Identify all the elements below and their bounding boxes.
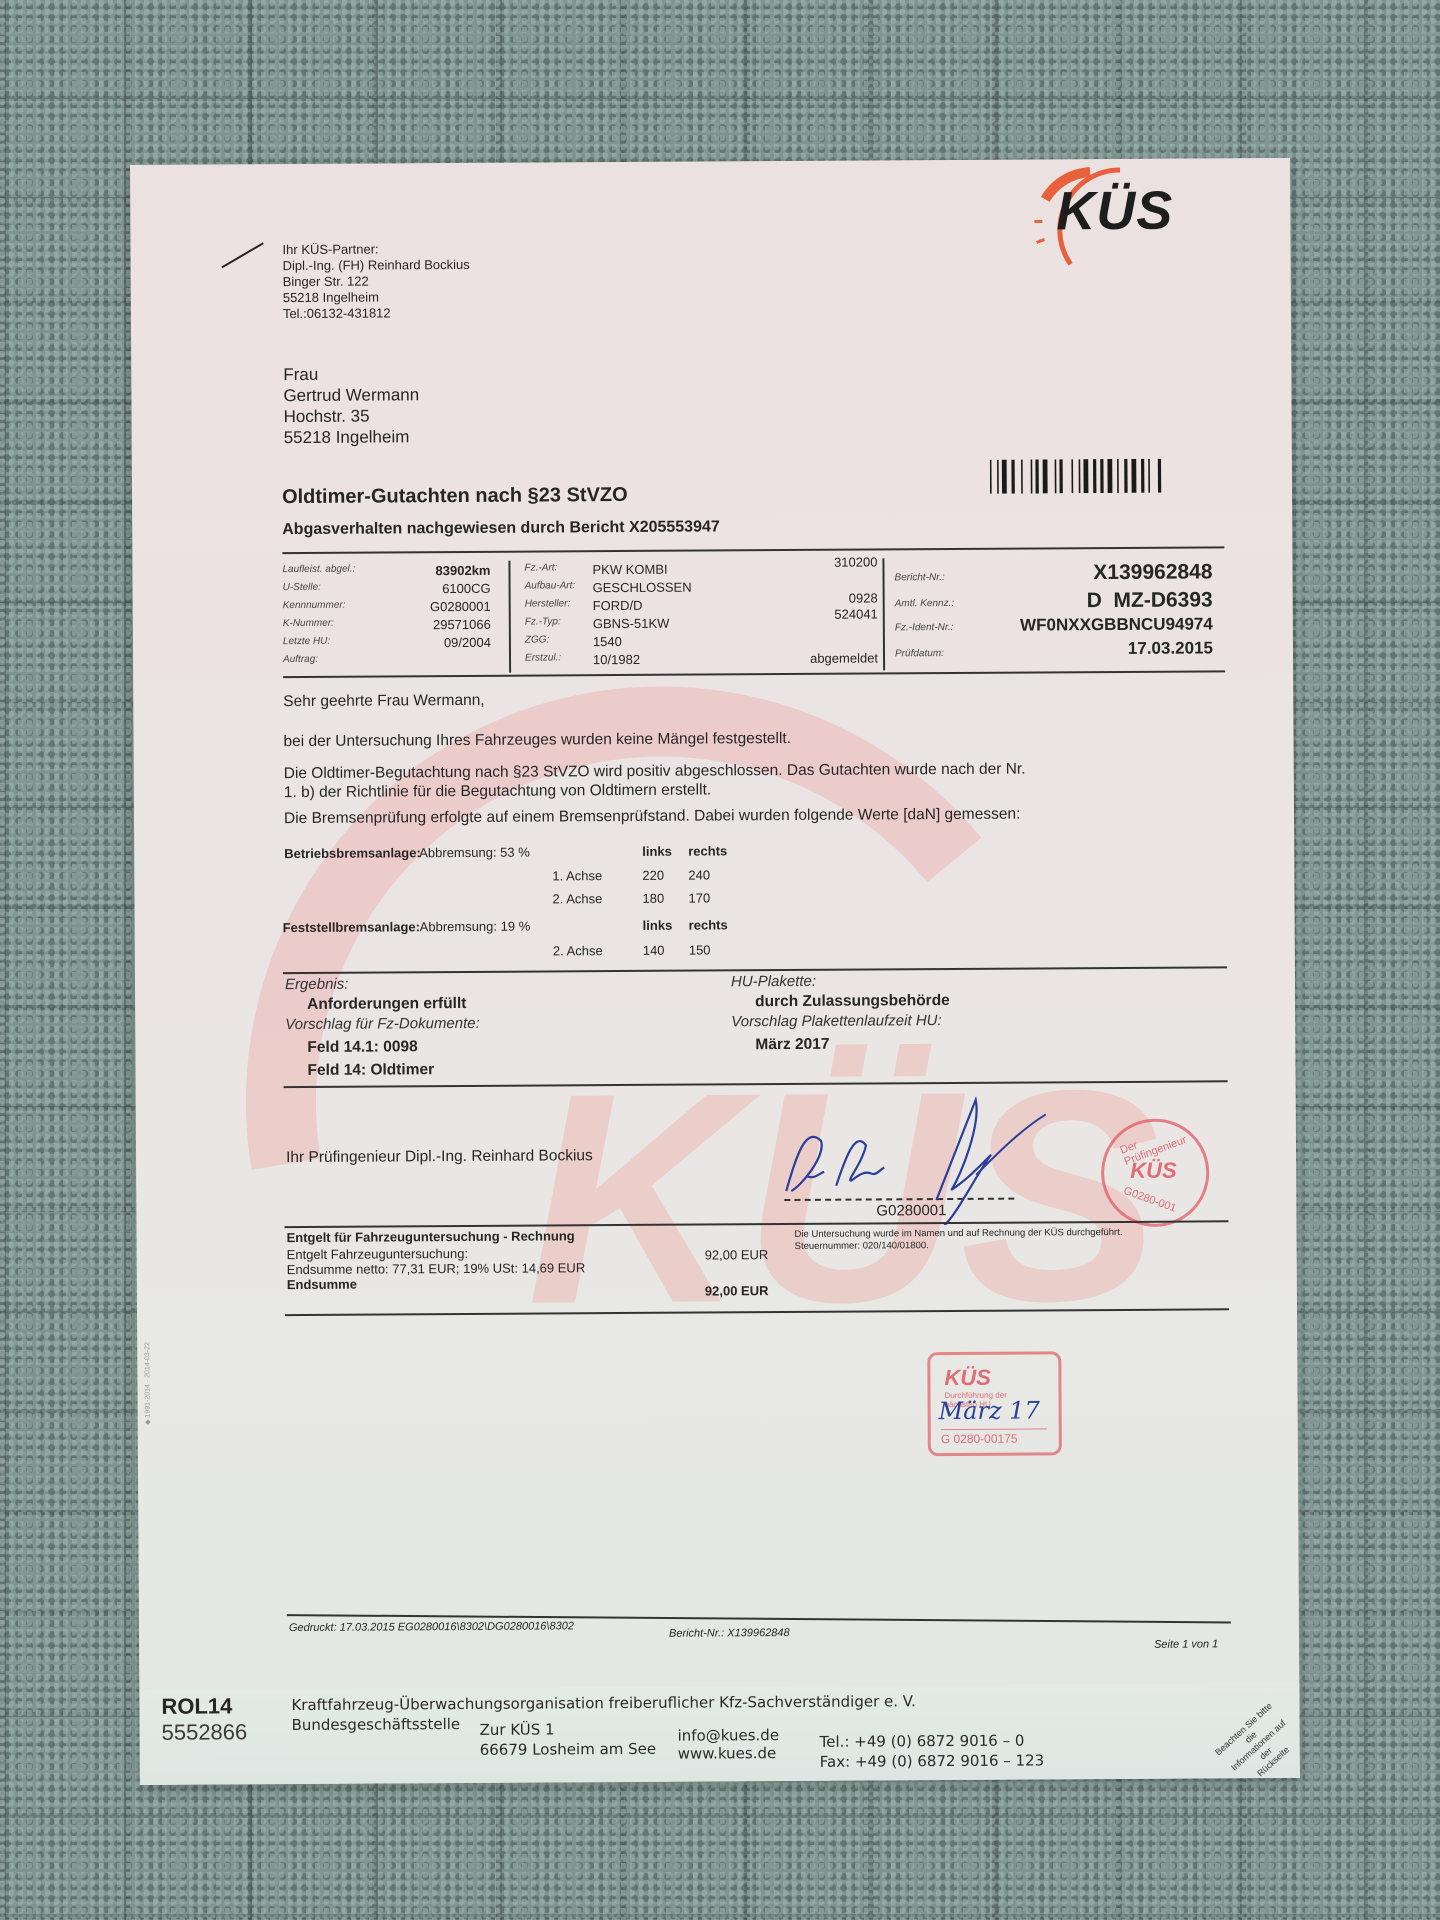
- inspector-round-stamp: Der Prüfingenieur KÜS G0280-001: [1101, 1118, 1210, 1227]
- invoice-line-value: 92,00 EUR: [705, 1247, 769, 1262]
- recipient-address: Frau Gertrud Wermann Hochstr. 35 55218 I…: [283, 363, 419, 448]
- print-info: Gedruckt: 17.03.2015 EG0280016\8302\DG02…: [289, 1620, 574, 1634]
- ergebnis-value: Anforderungen erfüllt: [307, 995, 466, 1014]
- field-label: Amtl. Kennz.:: [895, 598, 955, 609]
- office-label: Bundesgeschäftsstelle: [291, 1715, 460, 1734]
- sender-line: Ihr KÜS-Partner:: [282, 241, 469, 258]
- plakette-value: durch Zulassungsbehörde: [755, 992, 950, 1011]
- sender-line: Tel.:06132-431812: [283, 305, 470, 322]
- column-header: links: [643, 918, 673, 933]
- sender-line: Binger Str. 122: [283, 273, 470, 290]
- recipient-line: Frau: [283, 363, 419, 385]
- phone-number: Tel.: +49 (0) 6872 9016 – 0: [820, 1732, 1025, 1751]
- field-label: Fz.-Ident-Nr.:: [895, 622, 954, 633]
- fax-number: Fax: +49 (0) 6872 9016 – 123: [820, 1751, 1044, 1770]
- axle-label: 1. Achse: [552, 868, 602, 883]
- invoice-total-label: Endsumme: [287, 1277, 357, 1292]
- form-number: 5552866: [161, 1719, 247, 1746]
- letter-paragraph: 1. b) der Richtlinie für die Begutachtun…: [284, 780, 711, 802]
- field-value: D MZ-D6393: [1087, 588, 1213, 613]
- invoice-heading: Entgelt für Fahrzeuguntersuchung - Rechn…: [287, 1228, 575, 1245]
- brake-value: 150: [689, 942, 711, 957]
- hu-plakette-stamp: KÜS Durchführung der nächsten HU März 17…: [927, 1351, 1062, 1456]
- column-header: links: [642, 844, 672, 859]
- divider: [282, 546, 1224, 554]
- form-code: ◆ 1991-2014 · 2014-03-22: [143, 1342, 152, 1425]
- invoice-net-line: Endsumme netto: 77,31 EUR; 19% USt: 14,6…: [287, 1260, 586, 1277]
- axle-label: 2. Achse: [552, 891, 602, 906]
- brake-value: 170: [688, 890, 710, 905]
- divider: [285, 1308, 1229, 1316]
- feld-14-value: Feld 14: Oldtimer: [307, 1061, 434, 1080]
- letter-paragraph: Die Bremsenprüfung erfolgte auf einem Br…: [284, 805, 1020, 828]
- brake-value: 180: [642, 891, 664, 906]
- salutation: Sehr geehrte Frau Wermann,: [283, 691, 484, 711]
- organization-name: Kraftfahrzeug-Überwachungsorganisation f…: [291, 1692, 916, 1714]
- letter-paragraph: Die Oldtimer-Begutachtung nach §23 StVZO…: [284, 760, 1026, 784]
- stamp-logo: KÜS: [944, 1365, 991, 1391]
- column-header: rechts: [688, 843, 727, 858]
- office-street: Zur KÜS 1: [480, 1720, 555, 1738]
- letter-paragraph: bei der Untersuchung Ihres Fahrzeuges wu…: [283, 729, 791, 751]
- report-number-footer: Bericht-Nr.: X139962848: [669, 1627, 790, 1640]
- recipient-line: Hochstr. 35: [283, 405, 419, 427]
- kues-logo: KÜS: [1010, 158, 1201, 275]
- email-link[interactable]: info@kues.de: [678, 1726, 780, 1745]
- brake-value: 240: [688, 867, 710, 882]
- field-label: Bericht-Nr.:: [895, 572, 945, 583]
- vehicle-info-grid: Laufleist. abgel.: 83902km U-Stelle: 610…: [282, 556, 1223, 672]
- barcode-icon: [990, 458, 1208, 493]
- field-value: X139962848: [1093, 560, 1212, 585]
- invoice-line-label: Entgelt Fahrzeuguntersuchung:: [287, 1246, 468, 1262]
- info-row-kennzeichen: Amtl. Kennz.: D MZ-D6393: [283, 588, 1223, 616]
- info-row-fz-ident-nr: Fz.-Ident-Nr.: WF0NXXGBBNCU94974: [283, 614, 1223, 642]
- ergebnis-label: Ergebnis:: [285, 976, 348, 993]
- feld-14-1-value: Feld 14.1: 0098: [307, 1038, 417, 1057]
- column-header: rechts: [689, 917, 728, 932]
- handwritten-date: März 17: [939, 1396, 1040, 1425]
- info-row-pruefdatum: Prüfdatum: 17.03.2015: [283, 638, 1223, 666]
- plakette-label: HU-Plakette:: [731, 973, 816, 991]
- inspection-report-paper: KÜS KÜS Ihr KÜS-Partner: Dipl.-Ing. (FH)…: [130, 158, 1300, 1785]
- field-value: WF0NXXGBBNCU94974: [1020, 614, 1213, 635]
- recipient-line: Gertrud Wermann: [283, 384, 419, 406]
- sender-line: Dipl.-Ing. (FH) Reinhard Bockius: [283, 257, 470, 274]
- tax-number: Steuernummer: 020/140/01800.: [795, 1240, 929, 1252]
- logo-text: KÜS: [1056, 180, 1173, 243]
- brake-value: 220: [642, 868, 664, 883]
- brake-value: 140: [643, 943, 665, 958]
- divider: [284, 1080, 1228, 1088]
- inspector-name: Ihr Prüfingenieur Dipl.-Ing. Reinhard Bo…: [286, 1147, 593, 1167]
- document-title: Oldtimer-Gutachten nach §23 StVZO: [282, 484, 628, 509]
- office-city: 66679 Losheim am See: [480, 1740, 657, 1759]
- stamp-code: G 0280-00175: [941, 1428, 1047, 1446]
- pen-mark: [221, 242, 263, 268]
- form-code-label: ROL14: [161, 1694, 232, 1718]
- document-subtitle: Abgasverhalten nachgewiesen durch Berich…: [282, 518, 720, 539]
- brake-measurements: Betriebsbremsanlage: Abbremsung: 53 % li…: [284, 843, 785, 966]
- brake-type-label: Feststellbremsanlage:: [283, 919, 420, 935]
- divider: [283, 670, 1225, 678]
- axle-label: 2. Achse: [553, 943, 603, 958]
- deceleration-value: Abbremsung: 19 %: [420, 919, 531, 935]
- sender-address: Ihr KÜS-Partner: Dipl.-Ing. (FH) Reinhar…: [282, 241, 470, 322]
- vorschlag-label: Vorschlag für Fz-Dokumente:: [285, 1015, 480, 1033]
- signature-icon: [776, 1094, 1067, 1226]
- deceleration-value: Abbremsung: 53 %: [419, 845, 530, 861]
- laufzeit-label: Vorschlag Plakettenlaufzeit HU:: [731, 1012, 941, 1030]
- invoice-note: Die Untersuchung wurde im Namen und auf …: [795, 1227, 1123, 1240]
- stamp-logo: KÜS: [1130, 1158, 1177, 1184]
- invoice-total-value: 92,00 EUR: [705, 1283, 769, 1298]
- website-link[interactable]: www.kues.de: [678, 1744, 777, 1763]
- page-number: Seite 1 von 1: [1154, 1638, 1218, 1650]
- field-label: Prüfdatum:: [895, 648, 944, 659]
- recipient-line: 55218 Ingelheim: [284, 426, 420, 448]
- stamp-text: G0280-001: [1122, 1185, 1178, 1215]
- brake-type-label: Betriebsbremsanlage:: [284, 845, 421, 861]
- laufzeit-value: März 2017: [755, 1036, 829, 1054]
- info-row-bericht-nr: Bericht-Nr.: X139962848: [282, 560, 1222, 588]
- field-value: 17.03.2015: [1128, 638, 1213, 659]
- sender-line: 55218 Ingelheim: [283, 289, 470, 306]
